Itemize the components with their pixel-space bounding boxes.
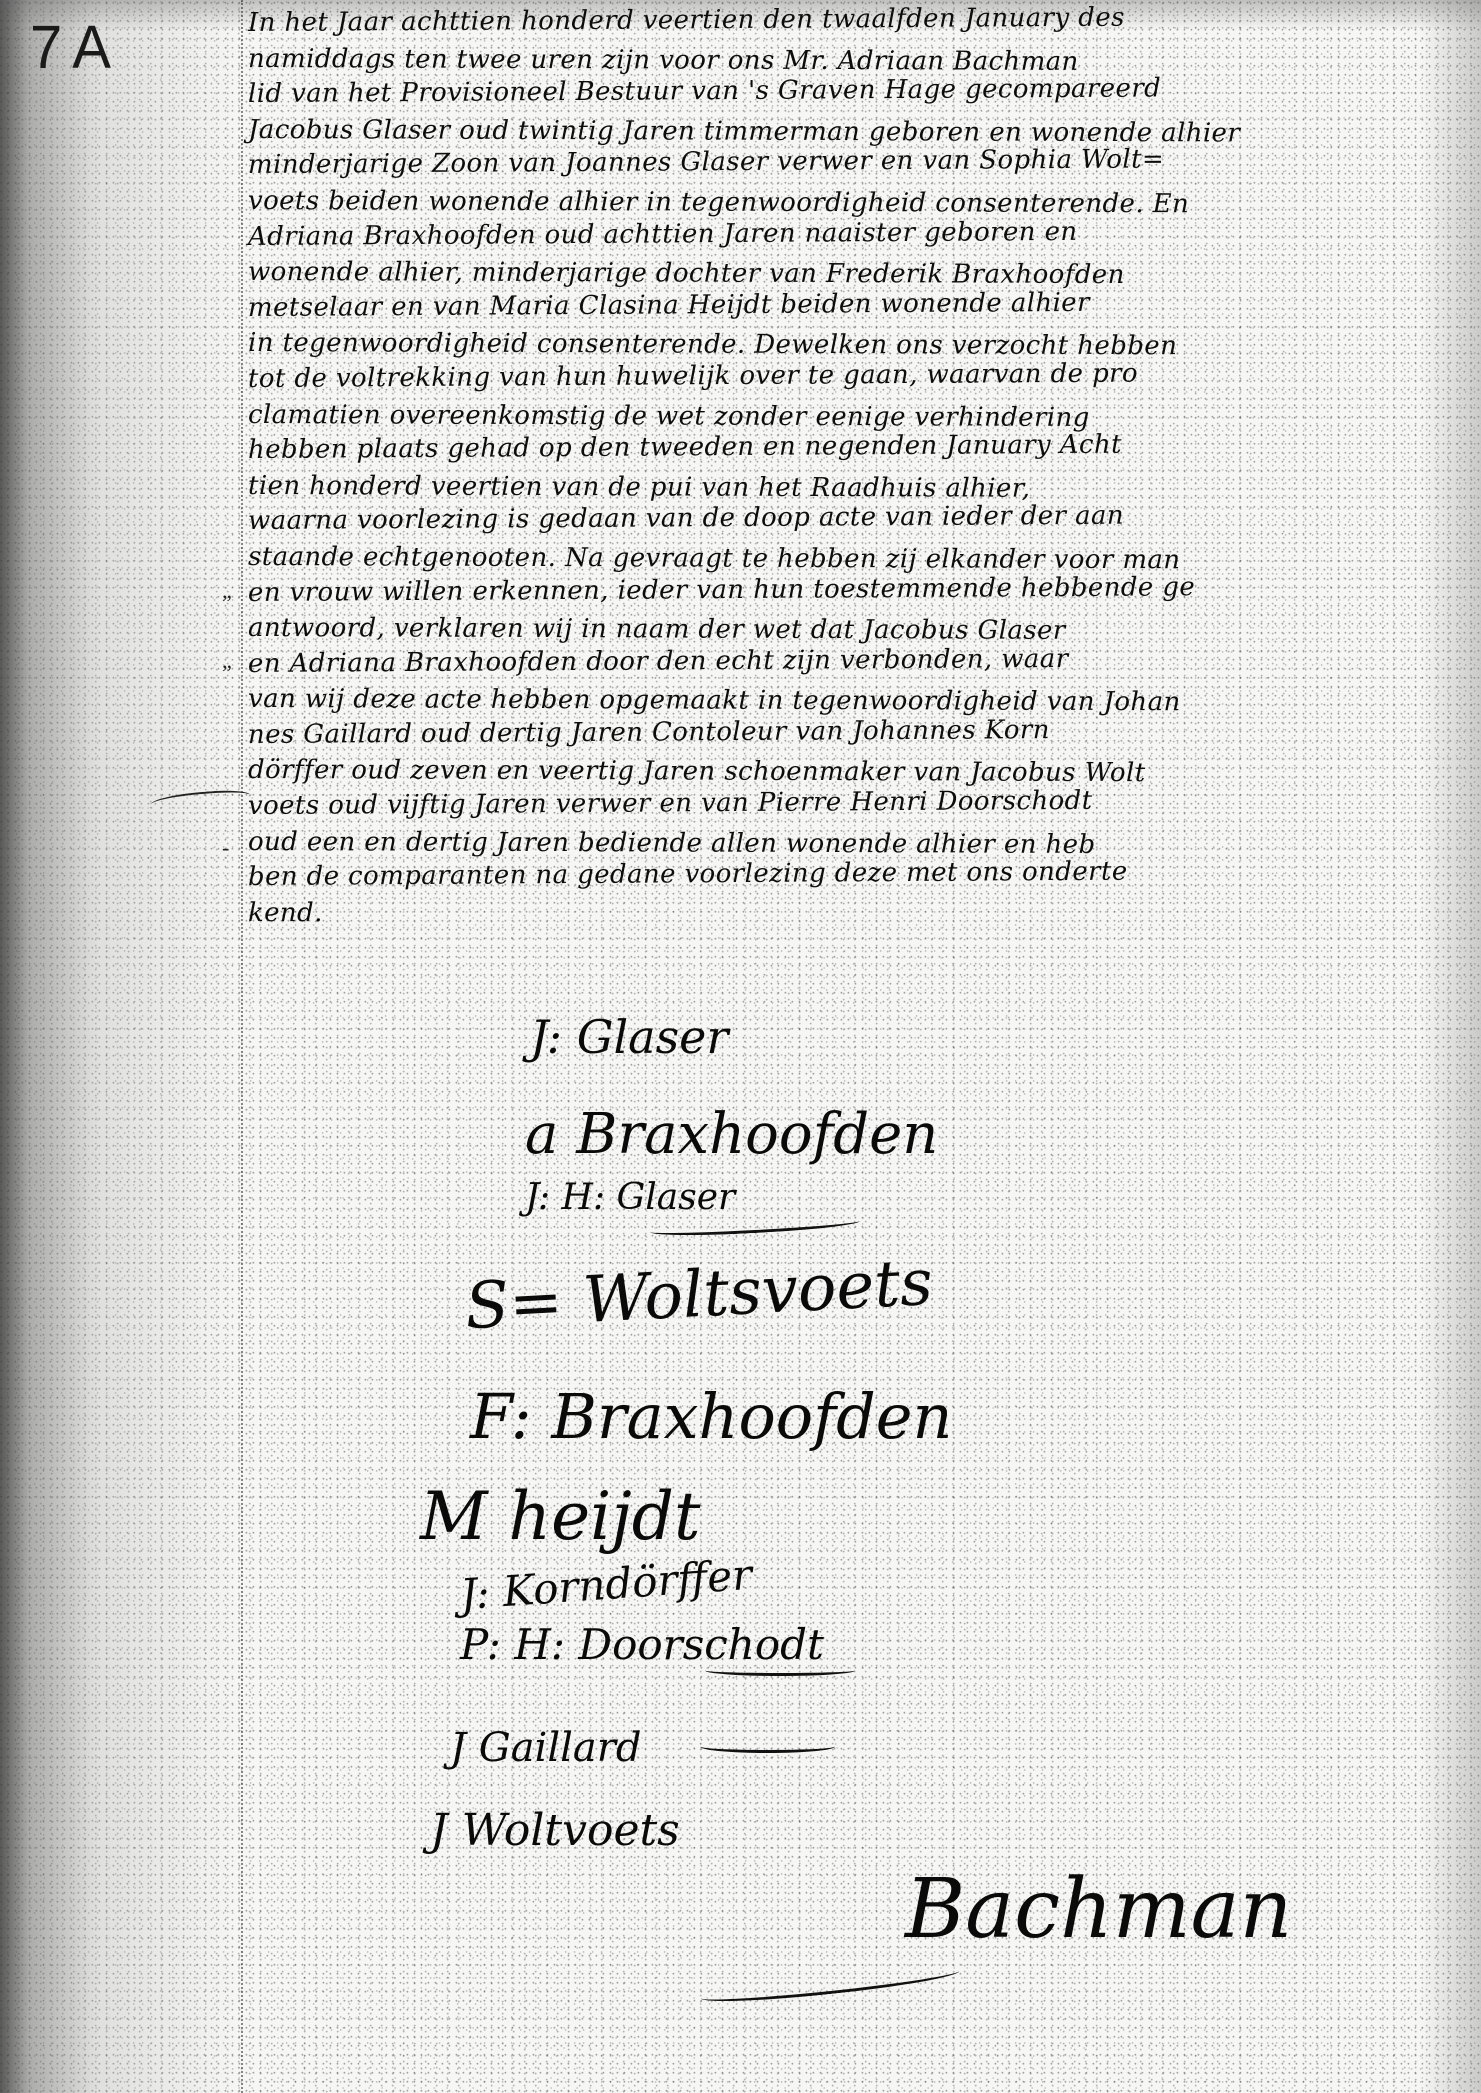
record-body: In het Jaar achttien honderd veertien de… — [248, 6, 1448, 931]
folio-number: 7A — [30, 12, 121, 82]
record-line: waarna voorlezing is gedaan van de doop … — [248, 497, 1448, 540]
signature-flourish — [700, 1740, 835, 1753]
signature-flourish — [700, 1961, 961, 2007]
signature-bride-mother: M heijdt — [420, 1478, 700, 1555]
record-line: lid van het Provisioneel Bestuur van 's … — [248, 70, 1448, 113]
record-line: hebben plaats gehad op den tweeden en ne… — [248, 426, 1448, 469]
document-page: 7A „ „ - In het Jaar achttien honderd ve… — [0, 0, 1481, 2093]
signature-groom-mother: S= Woltsvoets — [463, 1246, 934, 1344]
margin-dash-mark: - — [222, 835, 229, 861]
record-line: metselaar en van Maria Clasina Heijdt be… — [248, 283, 1448, 326]
signature-witness-korndorffer: J: Korndörffer — [459, 1550, 754, 1619]
record-line: minderjarige Zoon van Joannes Glaser ver… — [248, 141, 1448, 184]
signature-witness-woltvoets: J Woltvoets — [430, 1805, 680, 1856]
record-line: nes Gaillard oud dertig Jaren Contoleur … — [248, 711, 1448, 754]
signature-witness-doorschodt: P: H: Doorschodt — [460, 1620, 824, 1669]
record-line: kend. — [248, 896, 1448, 936]
signature-bride: a Braxhoofden — [525, 1102, 938, 1167]
margin-quote-mark: „ — [222, 648, 232, 674]
record-line: en Adriana Braxhoofden door den echt zij… — [248, 639, 1448, 682]
record-line: voets oud vijftig Jaren verwer en van Pi… — [248, 782, 1448, 825]
signature-flourish — [705, 1665, 855, 1676]
signature-official-bachman: Bachman — [905, 1862, 1292, 1957]
margin-pen-stroke — [150, 789, 251, 812]
signature-groom-father: J: H: Glaser — [525, 1177, 735, 1218]
record-line: Adriana Braxhoofden oud achttien Jaren n… — [248, 212, 1448, 255]
margin-rule — [241, 0, 243, 2093]
record-line: en vrouw willen erkennen, ieder van hun … — [248, 568, 1448, 611]
record-line: In het Jaar achttien honderd veertien de… — [248, 0, 1448, 42]
scan-edge-shadow-left — [0, 0, 240, 2093]
signature-witness-gaillard: J Gaillard — [450, 1725, 642, 1771]
signature-flourish — [650, 1215, 860, 1239]
signature-bride-father: F: Braxhoofden — [470, 1380, 952, 1453]
record-line: tot de voltrekking van hun huwelijk over… — [248, 355, 1448, 398]
record-line: ben de comparanten na gedane voorlezing … — [248, 853, 1448, 896]
margin-quote-mark: „ — [222, 578, 232, 604]
signature-groom: J: Glaser — [530, 1010, 728, 1064]
